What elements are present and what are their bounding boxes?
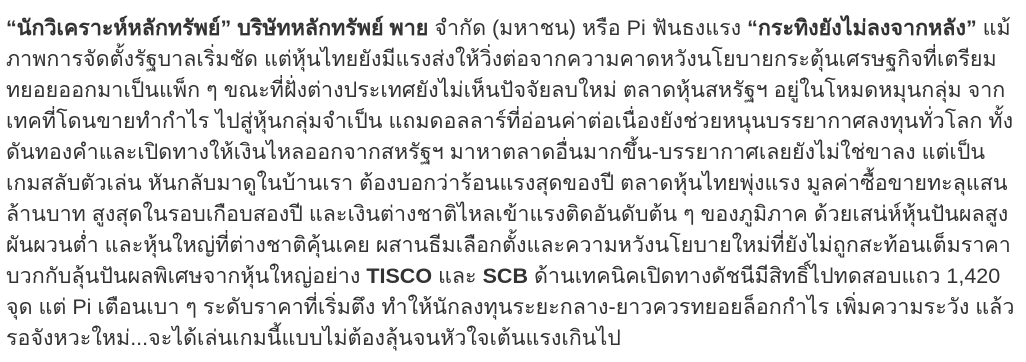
text-segment: จำกัด (มหาชน) หรือ Pi ฟันธงแรง xyxy=(428,16,747,40)
bold-text-segment: SCB xyxy=(483,264,528,288)
bold-text-segment: TISCO xyxy=(366,264,432,288)
bold-text-segment: “กระทิงยังไม่ลงจากหลัง” xyxy=(747,16,977,40)
text-segment: แม้ภาพการจัดตั้งรัฐบาลเริ่มชัด แต่หุ้นไท… xyxy=(6,16,1013,288)
bold-text-segment: “นักวิเคราะห์หลักทรัพย์” บริษัทหลักทรัพย… xyxy=(6,16,428,40)
article-page: “นักวิเคราะห์หลักทรัพย์” บริษัทหลักทรัพย… xyxy=(0,0,1026,362)
article-paragraph: “นักวิเคราะห์หลักทรัพย์” บริษัทหลักทรัพย… xyxy=(0,0,1026,354)
text-segment: และ xyxy=(432,264,483,288)
